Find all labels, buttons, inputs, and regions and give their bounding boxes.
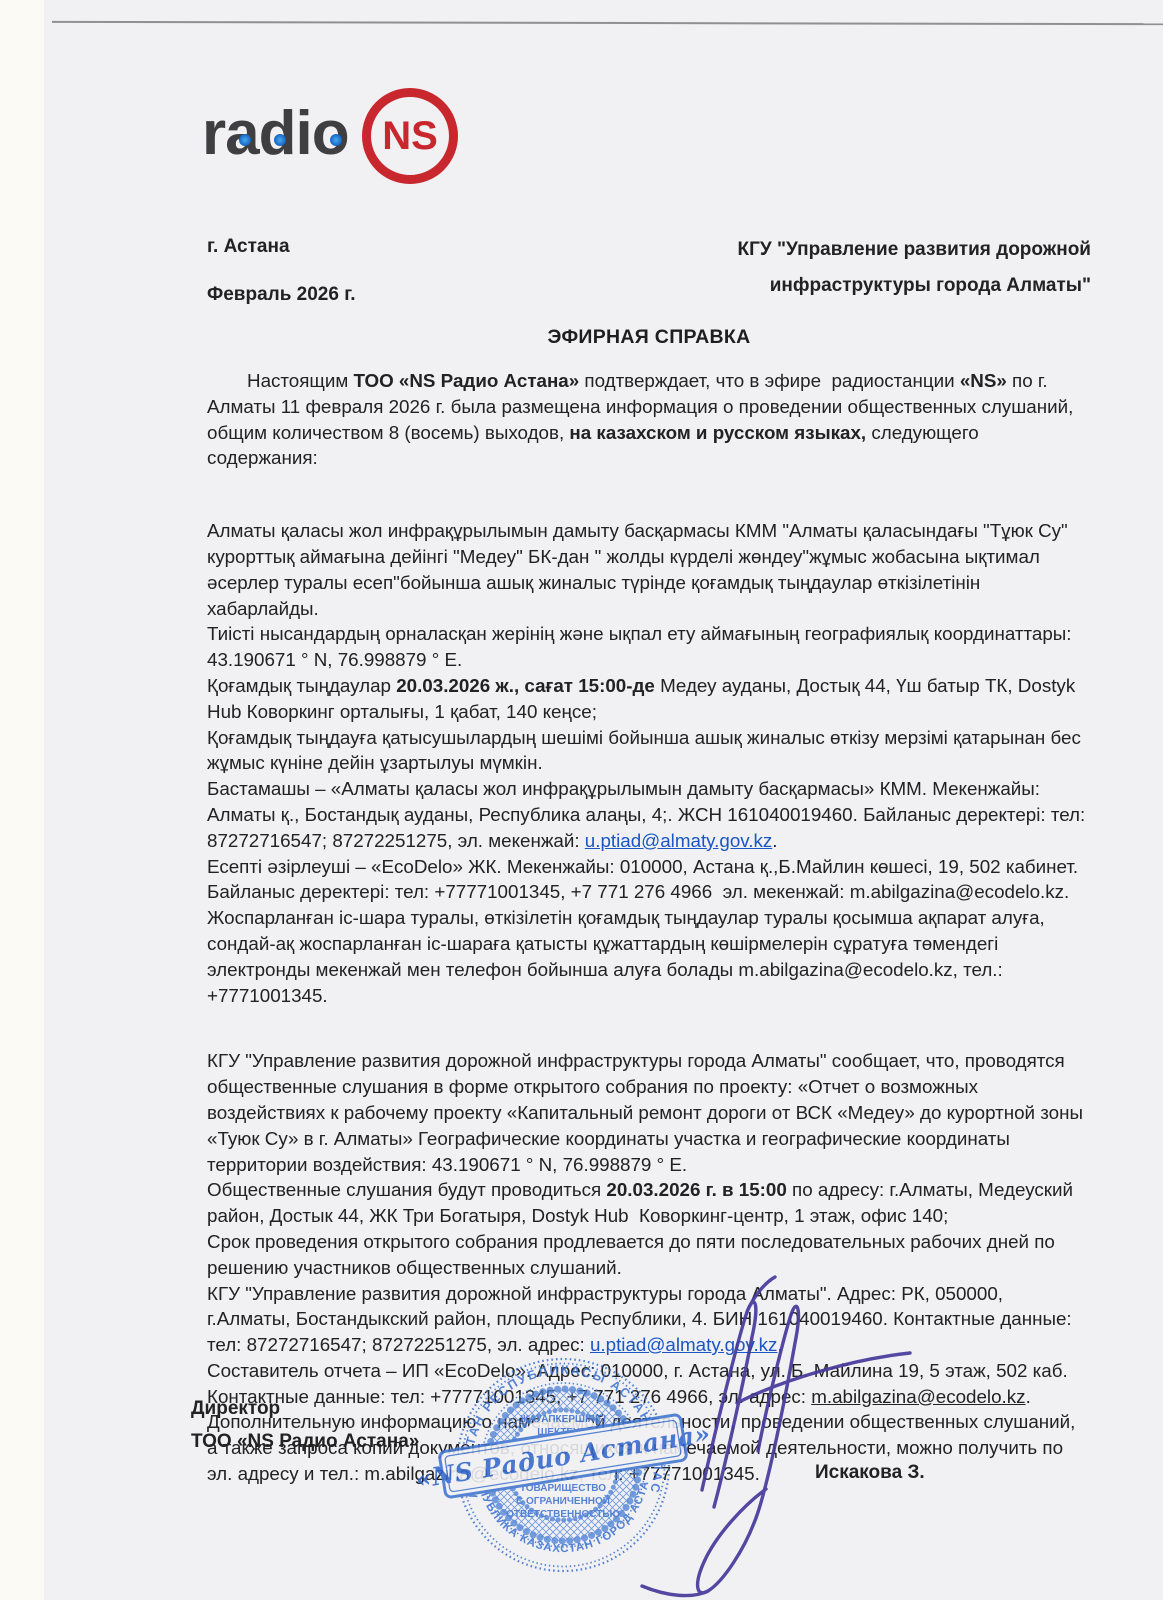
recipient-line: инфраструктуры города Алматы" (671, 268, 1091, 304)
logo-blue-dot-icon (330, 134, 342, 146)
logo-word-radio: radio (202, 98, 349, 169)
logo-ns-circle: NS (362, 88, 458, 184)
recipient-line: КГУ "Управление развития дорожной (671, 232, 1091, 268)
signature-scribble (604, 1255, 944, 1600)
header-date: Февраль 2026 г. (207, 284, 356, 306)
scanner-margin (0, 0, 44, 1600)
paragraph: Настоящим ТОО «NS Радио Астана» подтверж… (207, 368, 1091, 471)
paragraph: Алматы қаласы жол инфрақұрылымын дамыту … (207, 518, 1091, 621)
paragraph: Бастамашы – «Алматы қаласы жол инфрақұры… (207, 776, 1091, 853)
signature-block-left: Директор ТОО «NS Радио Астана» (191, 1392, 419, 1458)
stamp-inner-text: ОТВЕТСТВЕННОСТЬЮ (506, 1509, 620, 1520)
scanned-document-page: { "logo": {"word": "radio", "ns": "NS"},… (0, 0, 1163, 1600)
email-link: u.ptiad@almaty.gov.kz (585, 830, 772, 851)
stamp-inner-text: ЖАУАПКЕРШІЛІГІ (519, 1414, 606, 1425)
paragraph: Жоспарланған іс-шара туралы, өткізілетін… (207, 905, 1091, 1008)
logo-ns-text: NS (382, 114, 438, 159)
director-title: Директор (191, 1392, 419, 1425)
company-name: ТОО «NS Радио Астана» (191, 1425, 419, 1458)
scan-edge-line (52, 21, 1163, 25)
paragraph: Тиісті нысандардың орналасқан жерінің жә… (207, 621, 1091, 673)
document-title: ЭФИРНАЯ СПРАВКА (207, 326, 1091, 349)
logo-blue-dot-icon (239, 134, 251, 146)
paragraph: Есепті әзірлеуші – «EcoDelo» ЖК. Мекенжа… (207, 854, 1091, 906)
paragraph: Қоғамдық тыңдауға қатысушылардың шешімі … (207, 725, 1091, 777)
paragraph: Общественные слушания будут проводиться … (207, 1177, 1091, 1229)
kazakh-announcement-block: Алматы қаласы жол инфрақұрылымын дамыту … (207, 518, 1091, 1008)
header-city: г. Астана (207, 236, 290, 258)
logo-blue-dot-icon (274, 134, 286, 146)
paragraph: КГУ "Управление развития дорожной инфрас… (207, 1048, 1091, 1177)
document-paper: radio NS г. Астана Февраль 2026 г. КГУ "… (44, 0, 1163, 1600)
stamp-inner-text: С ОГРАНИЧЕННОЙ (516, 1494, 610, 1507)
intro-paragraph: Настоящим ТОО «NS Радио Астана» подтверж… (207, 368, 1091, 471)
paragraph: Қоғамдық тыңдаулар 20.03.2026 ж., сағат … (207, 673, 1091, 725)
signature-ink-icon (604, 1255, 944, 1600)
header-recipient: КГУ "Управление развития дорожной инфрас… (671, 232, 1091, 304)
radio-ns-logo: radio NS (202, 86, 472, 178)
